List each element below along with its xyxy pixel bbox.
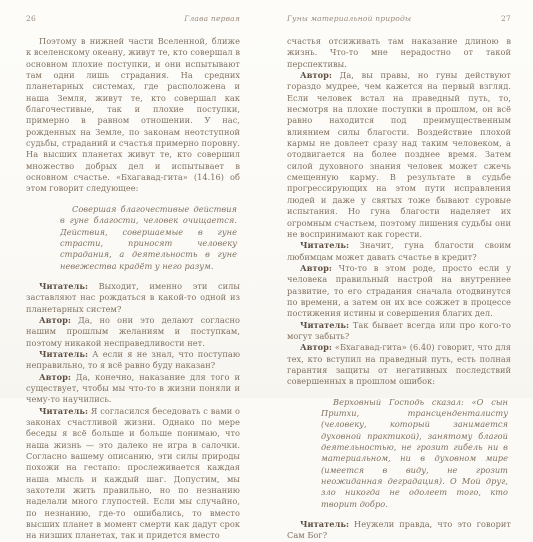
dialog-paragraph: Читатель: Выходит, именно эти силы заста…	[26, 281, 240, 315]
speaker-label: Автор:	[300, 342, 332, 352]
dialog-paragraph: Автор: «Бхагавад-гита» (6.40) говорит, ч…	[287, 342, 511, 387]
speaker-label: Автор:	[39, 372, 71, 382]
right-page-body: счастья отсиживать там наказание длиною …	[287, 36, 511, 398]
left-page-body: Поэтому в нижней части Вселенной, ближе …	[26, 36, 240, 398]
speaker-label: Автор:	[300, 70, 332, 80]
book-photo: 26 Глава первая Поэтому в нижней части В…	[0, 0, 533, 398]
dialog-paragraph: Автор: Да, конечно, наказание для того и…	[26, 372, 240, 398]
verse-quote: Совершая благочестивые действия в гуне б…	[60, 204, 237, 272]
speaker-label: Читатель:	[39, 349, 88, 359]
left-chapter-title: Глава первая	[184, 14, 240, 23]
right-page-number: 27	[501, 14, 511, 23]
right-page: Гуны материальной природы 27 счастья отс…	[287, 14, 511, 398]
left-running-head: 26 Глава первая	[26, 14, 240, 23]
speaker-label: Автор:	[39, 315, 71, 325]
speaker-label: Читатель:	[300, 320, 349, 330]
speaker-label: Автор:	[300, 263, 332, 273]
dialog-paragraph: Автор: Что-то в этом роде, просто если у…	[287, 263, 511, 320]
body-paragraph: счастья отсиживать там наказание длиною …	[287, 36, 511, 70]
book-spread: 26 Глава первая Поэтому в нижней части В…	[26, 14, 511, 398]
body-paragraph: Поэтому в нижней части Вселенной, ближе …	[26, 36, 240, 195]
dialog-paragraph: Читатель: Так бывает всегда или про кого…	[287, 320, 511, 343]
dialog-paragraph: Автор: Да, но они это делают согласно на…	[26, 315, 240, 349]
dialog-paragraph: Автор: Да, вы правы, но гуны действуют г…	[287, 70, 511, 240]
dialog-paragraph: Читатель: Значит, гуна благости своим лю…	[287, 240, 511, 263]
dialog-paragraph: Читатель: А если я не знал, что поступаю…	[26, 349, 240, 372]
left-page-number: 26	[26, 14, 36, 23]
speaker-label: Читатель:	[300, 240, 349, 250]
speaker-label: Читатель:	[39, 281, 88, 291]
right-section-title: Гуны материальной природы	[287, 14, 411, 23]
left-page: 26 Глава первая Поэтому в нижней части В…	[26, 14, 240, 398]
right-running-head: Гуны материальной природы 27	[287, 14, 511, 23]
